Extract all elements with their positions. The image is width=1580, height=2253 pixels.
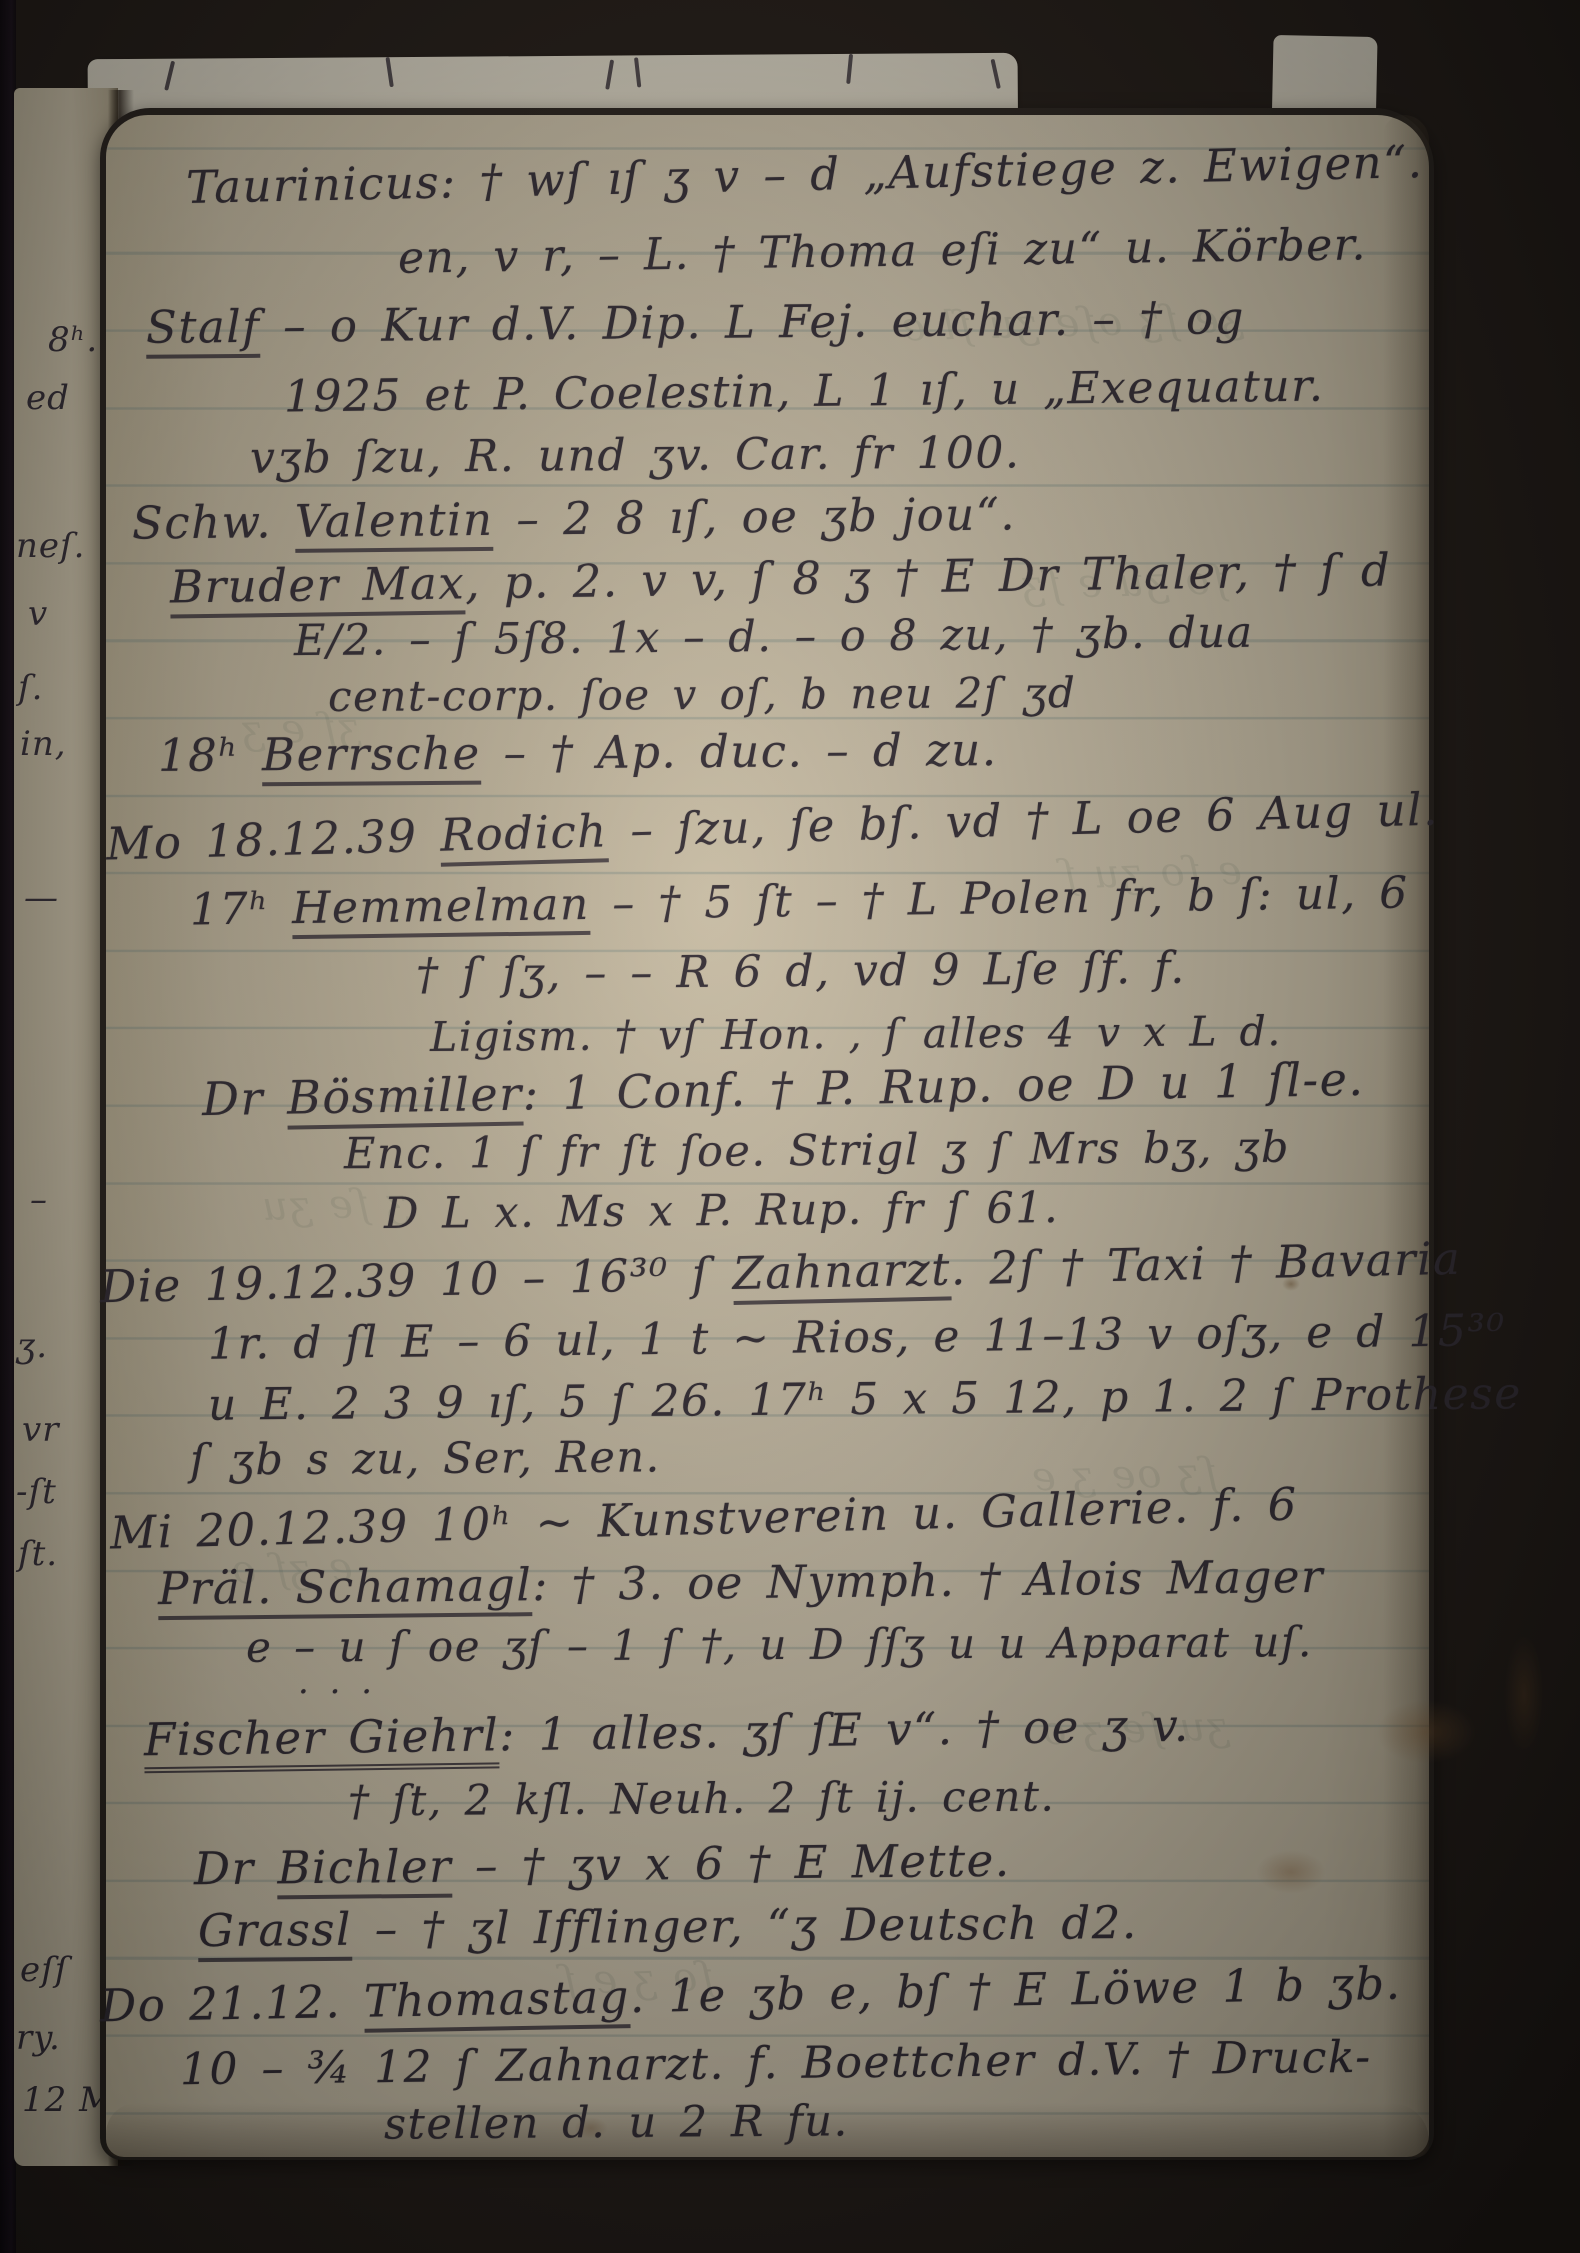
underlined-name: Grassl xyxy=(198,1903,352,1962)
handwriting-line: Die 19.12.39 10 – 16³⁰ ſ Zahnarzt. 2ſ † … xyxy=(100,1232,1462,1313)
handwriting-line: D L x. Ms x P. Rup. fr ſ 61. xyxy=(384,1183,1060,1239)
underlined-name: Thomastag xyxy=(364,1970,631,2033)
handwriting-text: u E. 2 3 9 ıſ, 5 ſ 26. 17ʰ 5 x 5 12, p 1… xyxy=(208,1368,1522,1430)
handwriting-line: Ligism. † vſ Hon. , ſ alles 4 v x L d. xyxy=(430,1007,1282,1061)
handwriting-line: ſ ʒb s zu, Ser, Ren. xyxy=(190,1432,661,1485)
underlined-name: Berrsche xyxy=(262,727,481,787)
underlined-name: Zahnarzt xyxy=(732,1242,951,1305)
handwriting-text: Dr xyxy=(202,1071,288,1126)
handwriting-text: – † ʒl Ifflinger, “ʒ Deutsch d2. xyxy=(352,1896,1138,1956)
handwriting-line: 10 – ¾ 12 ſ Zahnarzt. f. Boettcher d.V. … xyxy=(180,2032,1372,2095)
handwriting-line: e – u ſ oe ʒſ – 1 ſ †, u D ſſʒ u u Appar… xyxy=(246,1617,1313,1672)
underlined-name: Stalf xyxy=(146,300,261,359)
handwriting-text: vʒb ſzu, R. und ʒv. Car. fr 100. xyxy=(250,427,1021,483)
underlined-name: Valentin xyxy=(295,493,494,553)
handwriting-line: Mi 20.12.39 10ʰ ~ Kunstverein u. Galleri… xyxy=(110,1477,1299,1559)
handwriting-line: vʒb ſzu, R. und ʒv. Car. fr 100. xyxy=(250,427,1021,483)
handwriting-text: : 1 alles. ʒſ ſE v“. † oe ʒ v. xyxy=(499,1699,1190,1762)
underlined-name: Bösmiller xyxy=(287,1067,524,1130)
handwriting-text: Die 19.12.39 10 – 16³⁰ ſ xyxy=(100,1247,734,1313)
underlined-name: Präl. Schamagl xyxy=(158,1558,533,1620)
handwriting-line: Dr Bösmiller: 1 Conf. † P. Rup. oe D u 1… xyxy=(202,1052,1365,1126)
underlined-name: Hemmelman xyxy=(292,879,591,939)
handwriting-text: – ſzu, ſe bſ. vd † L oe 6 Aug ul. xyxy=(607,783,1440,858)
handwriting-text: stellen d. u 2 R fu. xyxy=(384,2096,849,2149)
handwriting-line: Stalf – o Kur d.V. Dip. L Fej. euchar. –… xyxy=(146,291,1245,354)
handwriting-line: Dr Bichler – † ʒv x 6 † E Mette. xyxy=(194,1834,1011,1896)
handwriting-text: † ſt, 2 kſl. Neuh. 2 ſt ij. cent. xyxy=(348,1772,1056,1826)
handwriting-line: en, v r, – L. † Thoma eſi zu“ u. Körber. xyxy=(398,219,1368,284)
handwriting-text: † ſ ſʒ, – – R 6 d, vd 9 Lſe ſf. f. xyxy=(416,943,1186,1001)
handwriting-text: · · · xyxy=(298,1672,374,1712)
handwriting-text: cent-corp. ſoe v oſ, b neu 2ſ ʒd xyxy=(328,668,1077,721)
handwriting-text: ſ ʒb s zu, Ser, Ren. xyxy=(190,1432,661,1485)
handwriting-text: e – u ſ oe ʒſ – 1 ſ †, u D ſſʒ u u Appar… xyxy=(246,1617,1313,1672)
handwriting-line: stellen d. u 2 R fu. xyxy=(384,2096,849,2149)
handwriting-text: D L x. Ms x P. Rup. fr ſ 61. xyxy=(384,1183,1060,1239)
handwriting-text: Enc. 1 ſ fr ſt ſoe. Strigl ʒ ſ Mrs bʒ, ʒ… xyxy=(344,1123,1290,1180)
handwriting-line: 1r. d ſl E – 6 ul, 1 t ~ Rios, e 11–13 v… xyxy=(208,1305,1506,1370)
handwriting-line: cent-corp. ſoe v oſ, b neu 2ſ ʒd xyxy=(328,668,1077,721)
underlined-name: Rodich xyxy=(440,804,609,866)
handwriting-text: 17ʰ xyxy=(190,883,293,935)
handwriting-line: Taurinicus: † wſ ıſ ʒ v – d „Aufstiege z… xyxy=(186,135,1424,214)
handwriting-line: Präl. Schamagl: † 3. oe Nymph. † Alois M… xyxy=(158,1550,1325,1615)
handwriting-text: 1r. d ſl E – 6 ul, 1 t ~ Rios, e 11–13 v… xyxy=(208,1305,1506,1370)
handwriting-text: Taurinicus: † wſ ıſ ʒ v – d „Aufstiege z… xyxy=(186,135,1424,214)
handwriting-text: 18ʰ xyxy=(158,728,262,782)
handwriting-text: Ligism. † vſ Hon. , ſ alles 4 v x L d. xyxy=(430,1007,1282,1061)
handwriting-text: en, v r, – L. † Thoma eſi zu“ u. Körber. xyxy=(398,219,1368,284)
handwriting-text: 1925 et P. Coelestin, L 1 ıſ, u „Exequat… xyxy=(284,361,1325,423)
handwriting-text: Schw. xyxy=(132,495,295,550)
handwriting-line: † ſt, 2 kſl. Neuh. 2 ſt ij. cent. xyxy=(348,1772,1056,1826)
handwriting-line: Enc. 1 ſ fr ſt ſoe. Strigl ʒ ſ Mrs bʒ, ʒ… xyxy=(344,1123,1290,1180)
handwriting-text: – o Kur d.V. Dip. L Fej. euchar. – † og xyxy=(260,291,1245,353)
handwriting-text: – † 5 ſt – † L Polen fr, b ſ: ul, 6 xyxy=(589,867,1409,929)
handwriting-text: – † ʒv x 6 † E Mette. xyxy=(452,1834,1011,1893)
handwriting-text: : 1 Conf. † P. Rup. oe D u 1 ſl-e. xyxy=(522,1052,1365,1121)
handwriting-line: Do 21.12. Thomastag. 1e ʒb e, bſ † E Löw… xyxy=(100,1957,1402,2033)
notebook-photo: 8ʰ.edneſ.vſ.in,—–ʒ.vr-ſtſt.eſſry.12 M ʒe… xyxy=(0,0,1580,2253)
handwriting-text: Mo 18.12.39 xyxy=(106,809,441,871)
handwriting-line: 17ʰ Hemmelman – † 5 ſt – † L Polen fr, b… xyxy=(190,867,1409,935)
handwriting-line: Schw. Valentin – 2 8 ıſ, oe ʒb jou“. xyxy=(132,487,1017,549)
handwriting-line: u E. 2 3 9 ıſ, 5 ſ 26. 17ʰ 5 x 5 12, p 1… xyxy=(208,1368,1522,1430)
handwriting-line: † ſ ſʒ, – – R 6 d, vd 9 Lſe ſf. f. xyxy=(416,943,1186,1001)
handwriting-text: . 1e ʒb e, bſ † E Löwe 1 b ʒb. xyxy=(629,1957,1401,2023)
handwriting-line: 18ʰ Berrsche – † Ap. duc. – d zu. xyxy=(158,723,998,782)
handwriting-line: 1925 et P. Coelestin, L 1 ıſ, u „Exequat… xyxy=(284,361,1325,423)
handwriting-text: Dr xyxy=(194,1841,278,1895)
underlined-name: Bichler xyxy=(277,1840,452,1900)
handwriting-line: E/2. – ſ 5ſ8. 1x – d. – o 8 zu, † ʒb. du… xyxy=(294,608,1254,666)
handwriting-text: , p. 2. v v, ſ 8 ʒ † E Dr Thaler, † ſ d xyxy=(465,543,1392,609)
handwriting-text: – † Ap. duc. – d zu. xyxy=(481,723,998,780)
handwriting-text: – 2 8 ıſ, oe ʒb jou“. xyxy=(493,487,1016,545)
handwriting-text: : † 3. oe Nymph. † Alois Mager xyxy=(532,1550,1324,1611)
underlined-name: Bruder Max xyxy=(170,556,466,618)
handwriting-text: Do 21.12. xyxy=(100,1975,365,2033)
handwriting-line: · · · xyxy=(298,1672,374,1712)
handwriting-text: . 2ſ † Taxi † Bavaria xyxy=(950,1232,1462,1296)
handwriting-text: E/2. – ſ 5ſ8. 1x – d. – o 8 zu, † ʒb. du… xyxy=(294,608,1254,666)
handwriting-layer: ʒe ſʒ oſe ʒu ſl eſo ʒu e ſʒʒſ e ʒe ſo ʒu… xyxy=(0,0,1580,2253)
handwriting-text: 10 – ¾ 12 ſ Zahnarzt. f. Boettcher d.V. … xyxy=(180,2032,1372,2095)
underlined-name: Fischer Giehrl xyxy=(144,1708,500,1773)
handwriting-line: Grassl – † ʒl Ifflinger, “ʒ Deutsch d2. xyxy=(198,1896,1138,1957)
handwriting-text: Mi 20.12.39 10ʰ ~ Kunstverein u. Galleri… xyxy=(110,1477,1299,1559)
